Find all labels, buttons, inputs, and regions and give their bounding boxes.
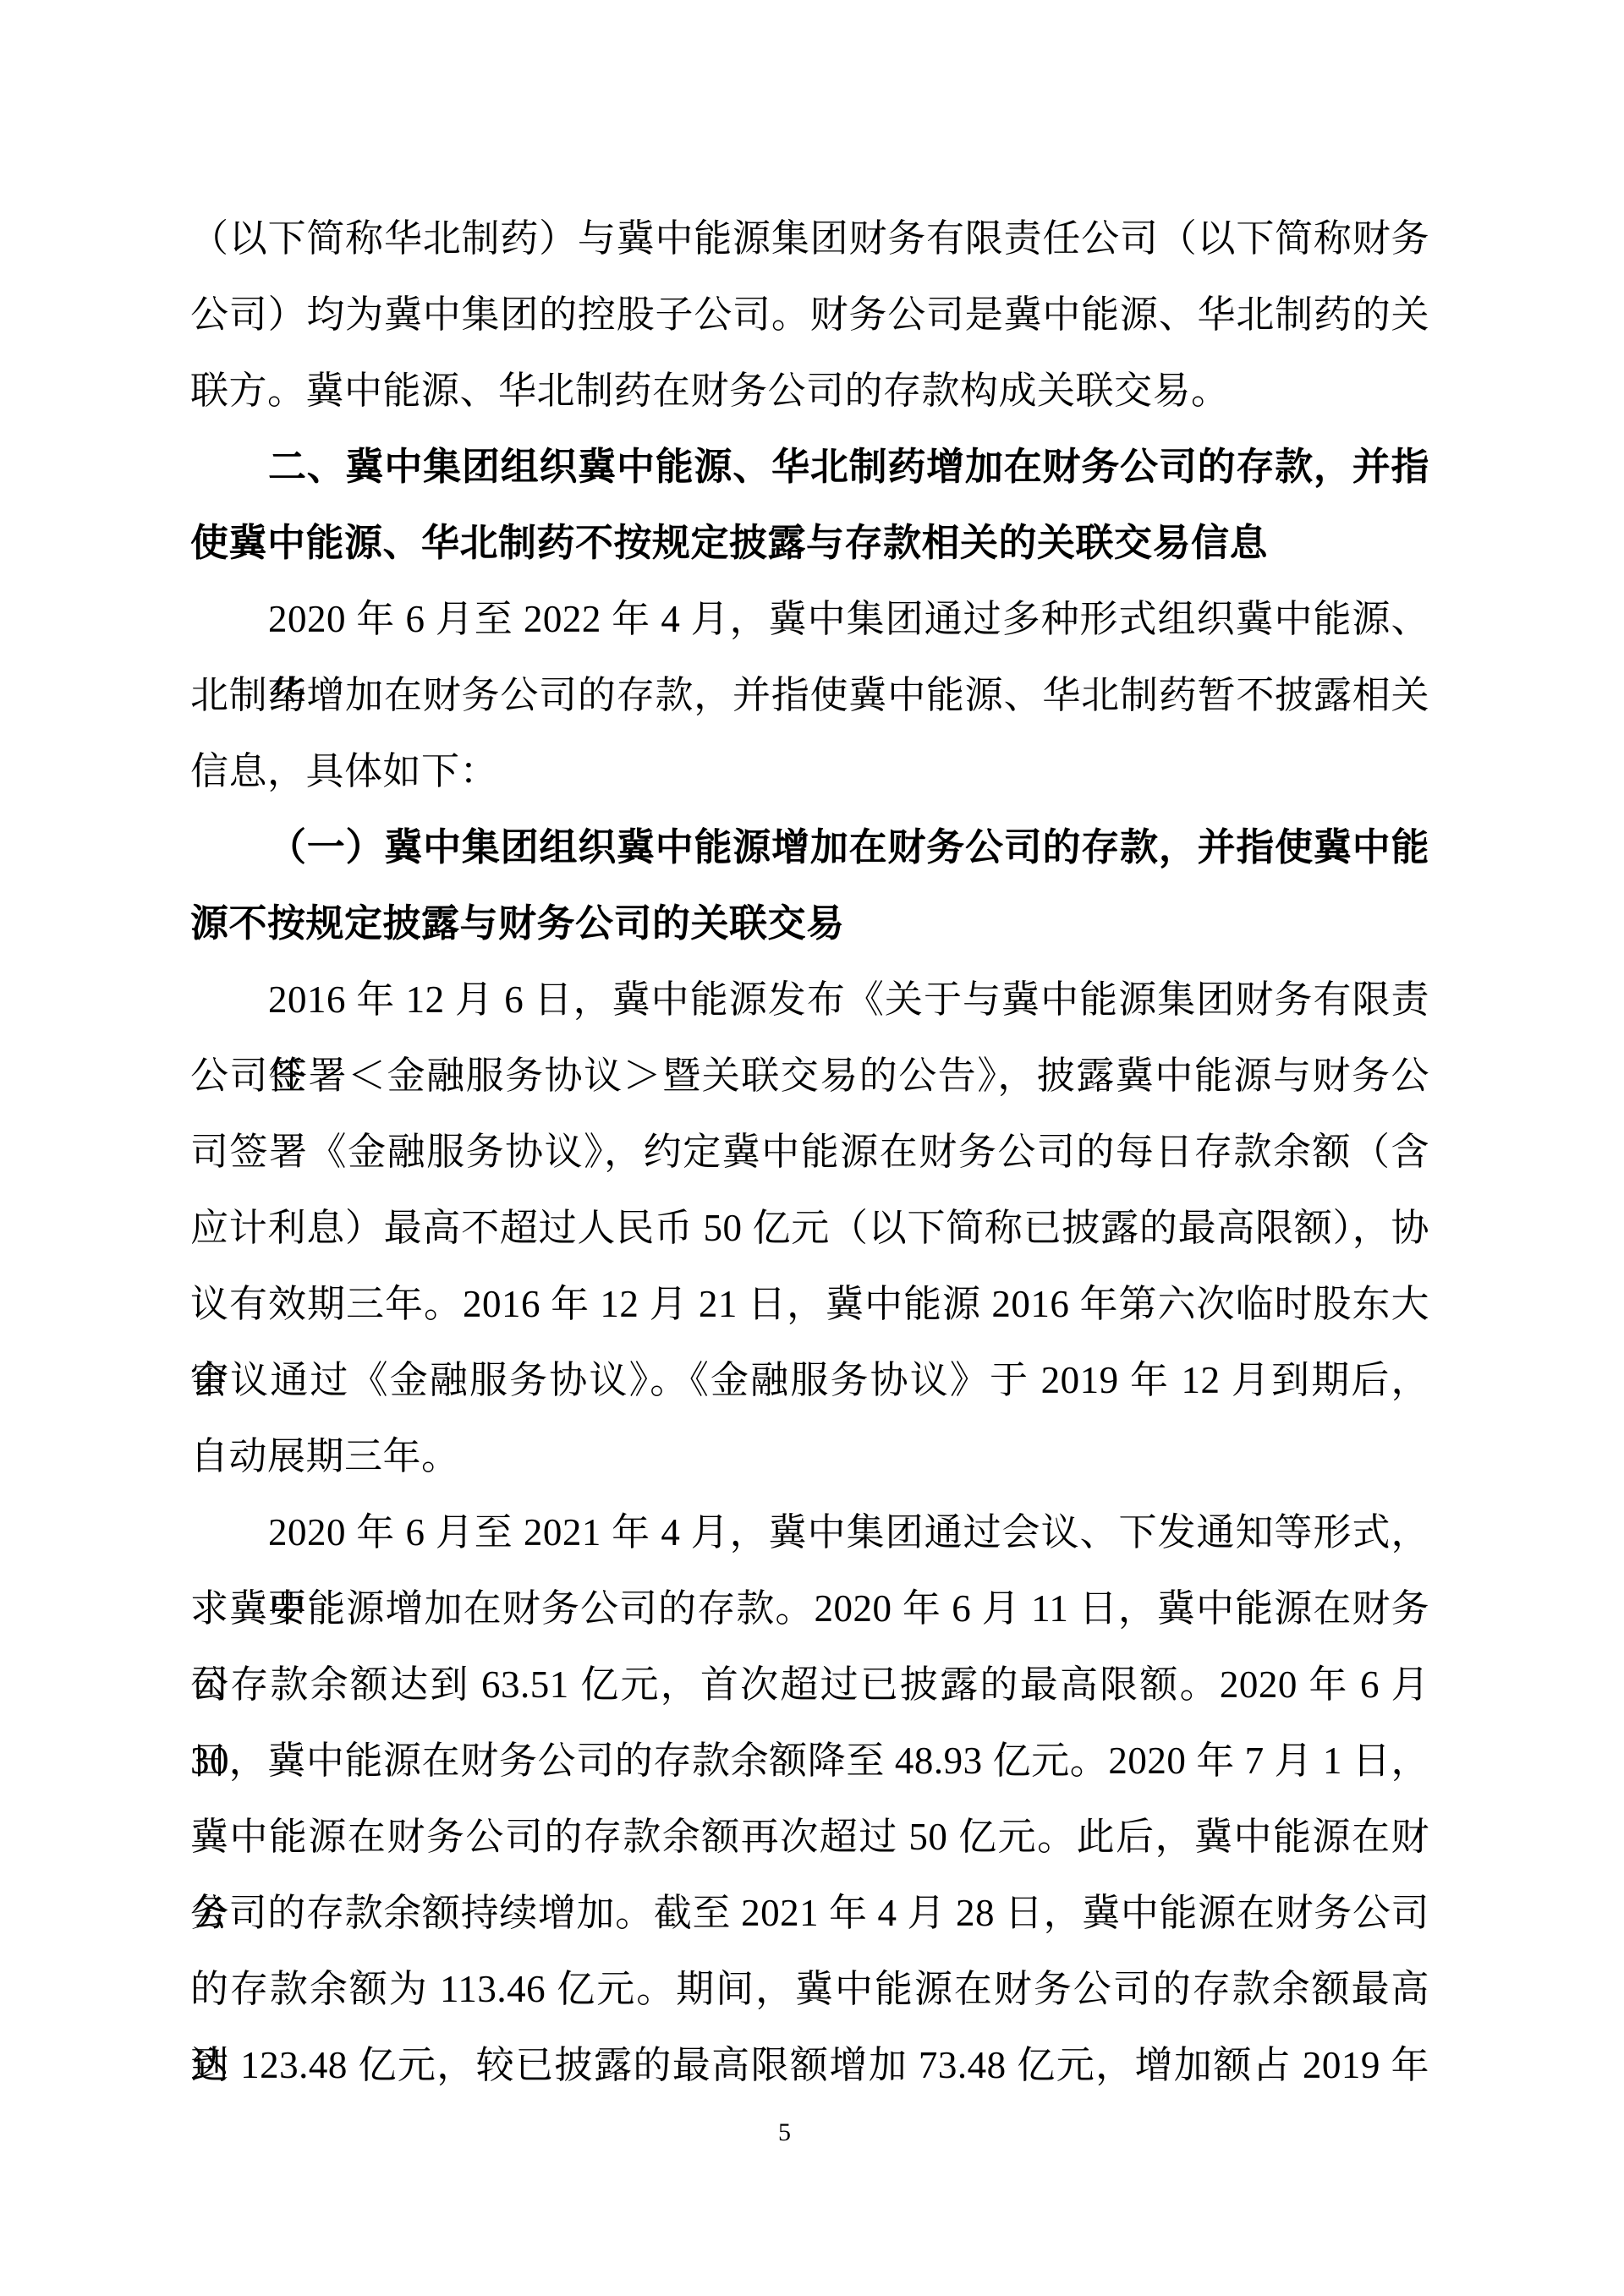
heading-line: 源不按规定披露与财务公司的关联交易: [190, 885, 1429, 962]
document-page: （以下简称华北制药）与冀中能源集团财务有限责任公司（以下简称财务公司）均为冀中集…: [0, 0, 1624, 2296]
text-line: 审议通过《金融服务协议》。《金融服务协议》于 2019 年 12 月到期后，: [190, 1342, 1429, 1418]
text-line: 冀中能源在财务公司的存款余额再次超过 50 亿元。此后，冀中能源在财务: [190, 1799, 1429, 1875]
text-line: 公司的存款余额持续增加。截至 2021 年 4 月 28 日，冀中能源在财务公司: [190, 1875, 1429, 1951]
text-line: 北制药增加在财务公司的存款，并指使冀中能源、华北制药暂不披露相关: [190, 657, 1429, 733]
text-line: 的存款余额为 113.46 亿元。期间，冀中能源在财务公司的存款余额最高达: [190, 1951, 1429, 2027]
text-line: 公司签署＜金融服务协议＞暨关联交易的公告》，披露冀中能源与财务公: [190, 1038, 1429, 1114]
document-body: （以下简称华北制药）与冀中能源集团财务有限责任公司（以下简称财务公司）均为冀中集…: [190, 200, 1429, 2103]
text-line: 求冀中能源增加在财务公司的存款。2020 年 6 月 11 日，冀中能源在财务公: [190, 1570, 1429, 1647]
text-line: 公司）均为冀中集团的控股子公司。财务公司是冀中能源、华北制药的关: [190, 277, 1429, 353]
text-line: 司存款余额达到 63.51 亿元，首次超过已披露的最高限额。2020 年 6 月…: [190, 1647, 1429, 1723]
heading-line: 使冀中能源、华北制药不按规定披露与存款相关的关联交易信息: [190, 505, 1429, 581]
text-line: 2016 年 12 月 6 日，冀中能源发布《关于与冀中能源集团财务有限责任: [190, 962, 1429, 1038]
text-line: 联方。冀中能源、华北制药在财务公司的存款构成关联交易。: [190, 353, 1429, 429]
text-line: 到 123.48 亿元，较已披露的最高限额增加 73.48 亿元，增加额占 20…: [190, 2027, 1429, 2103]
text-line: 日，冀中能源在财务公司的存款余额降至 48.93 亿元。2020 年 7 月 1…: [190, 1723, 1429, 1799]
text-line: 2020 年 6 月至 2022 年 4 月，冀中集团通过多种形式组织冀中能源、…: [190, 581, 1429, 657]
text-line: 应计利息）最高不超过人民币 50 亿元（以下简称已披露的最高限额），协: [190, 1190, 1429, 1266]
text-line: 2020 年 6 月至 2021 年 4 月，冀中集团通过会议、下发通知等形式，…: [190, 1494, 1429, 1570]
text-line: 议有效期三年。2016 年 12 月 21 日，冀中能源 2016 年第六次临时…: [190, 1266, 1429, 1342]
text-line: 信息，具体如下：: [190, 733, 1429, 809]
text-line: 自动展期三年。: [190, 1418, 1429, 1494]
page-footer: 5: [0, 2118, 1569, 2147]
page-number: 5: [778, 2118, 791, 2146]
heading-line: （一）冀中集团组织冀中能源增加在财务公司的存款，并指使冀中能: [190, 809, 1429, 885]
text-line: 司签署《金融服务协议》，约定冀中能源在财务公司的每日存款余额（含: [190, 1114, 1429, 1190]
text-line: （以下简称华北制药）与冀中能源集团财务有限责任公司（以下简称财务: [190, 200, 1429, 277]
heading-line: 二、冀中集团组织冀中能源、华北制药增加在财务公司的存款，并指: [190, 429, 1429, 505]
